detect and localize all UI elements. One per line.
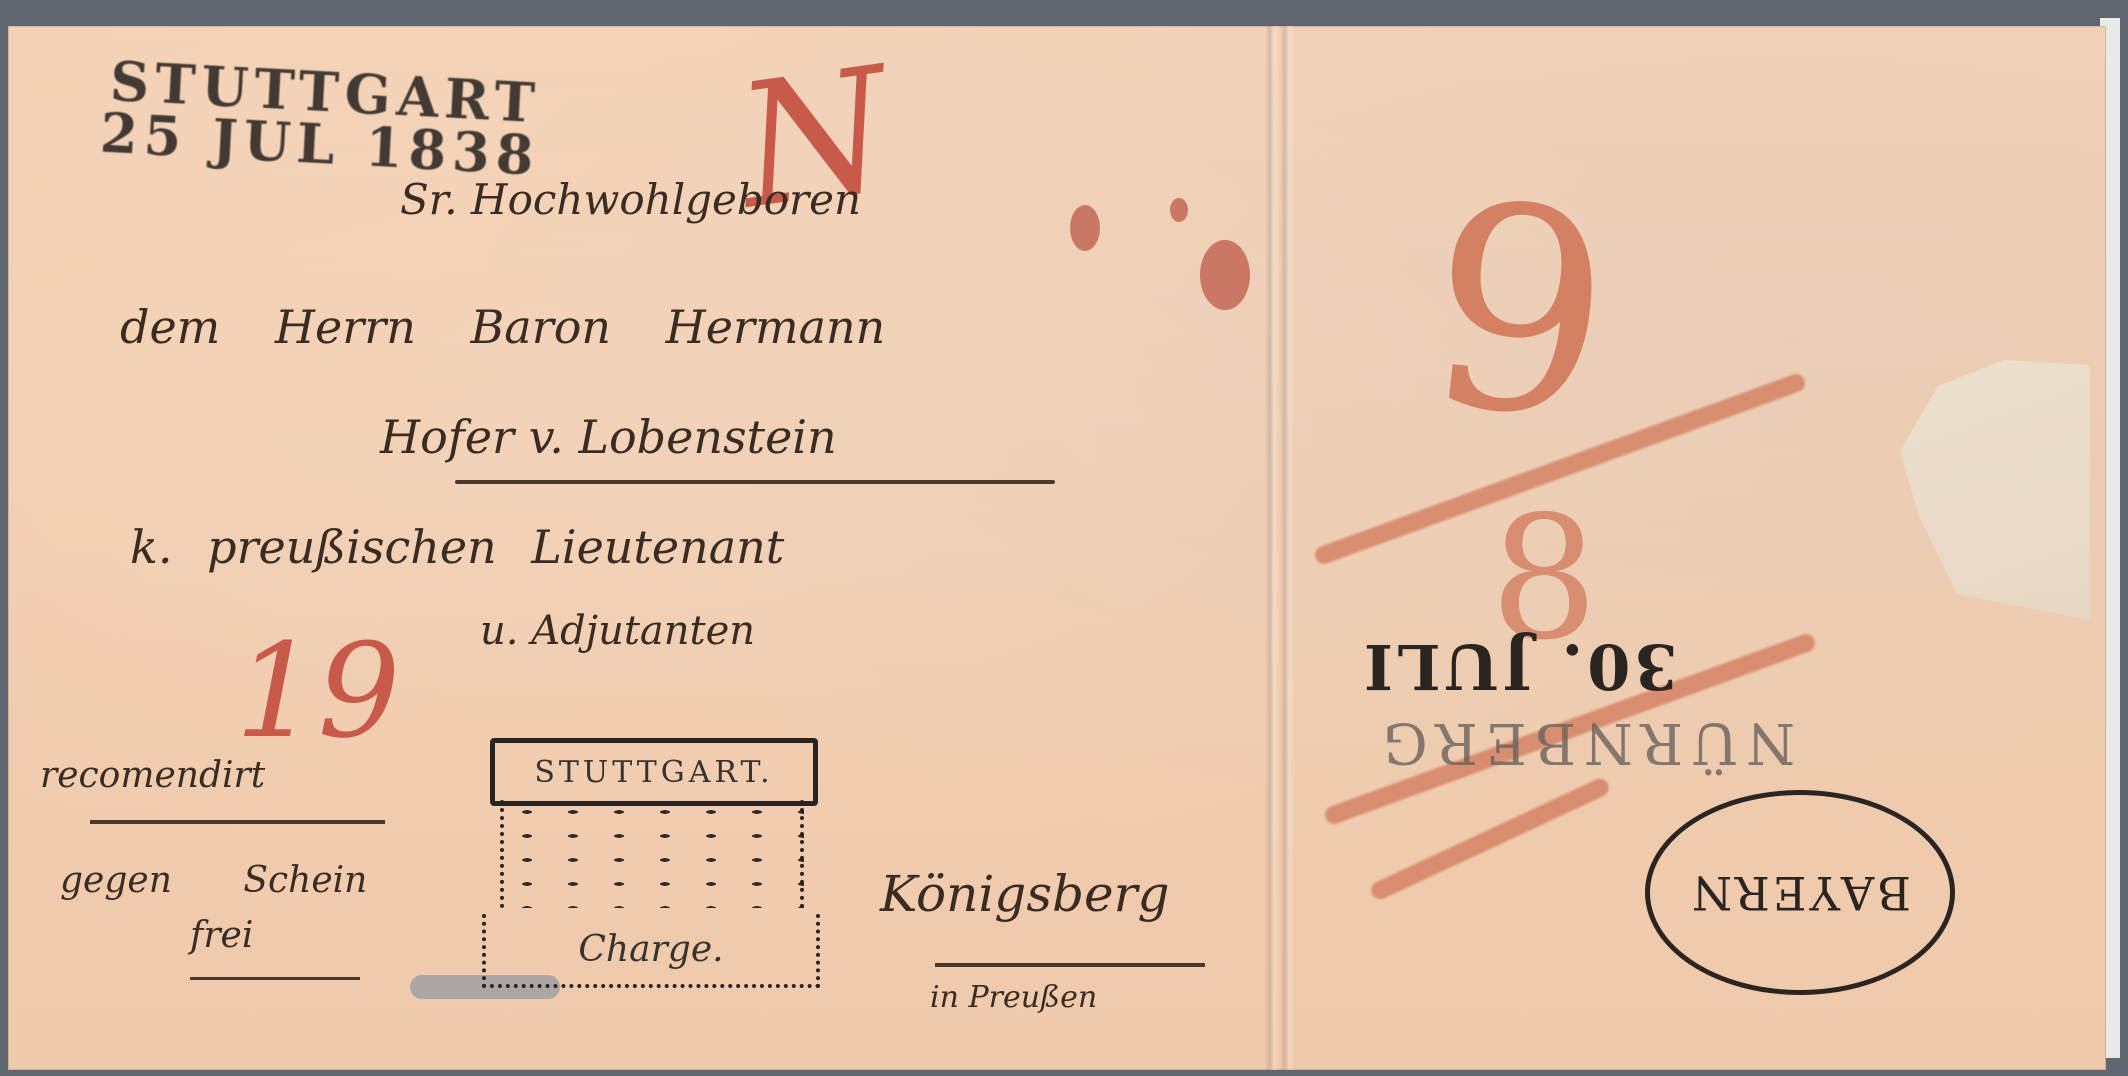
receipt-endorsement: gegen Schein [60,860,367,901]
charge-box-pattern [500,800,804,908]
free-endorsement: frei [190,915,253,956]
address-line-5: u. Adjutanten [480,608,755,654]
crayon-rate-9: 9 [1413,142,1624,485]
address-line-4: k. preußischen Lieutenant [130,520,784,574]
registered-endorsement: recomendirt [40,755,265,796]
charge-box-header: STUTTGART. [490,738,818,806]
address-line-1: Sr. Hochwohlgeboren [400,175,861,224]
red-wax-spot [1170,198,1188,222]
red-wax-spot [1070,205,1100,251]
destination-city: Königsberg [880,865,1169,923]
bayern-oval-text: BAYERN [1689,866,1911,920]
fold-line [1280,26,1294,1070]
arrival-postmark-town: NÜRNBERG [1375,710,1795,775]
destination-region: in Preußen [930,980,1097,1015]
underline [935,963,1205,967]
underline [190,977,360,980]
address-line-2: dem Herrn Baron Hermann [120,300,885,354]
address-line-3: Hofer v. Lobenstein [380,410,837,464]
red-wax-spot [1200,240,1250,310]
underline [90,820,385,824]
arrival-postmark-date: 30. JULI [1360,630,1677,703]
bayern-oval-postmark: BAYERN [1645,790,1955,995]
charge-box-label: Charge. [482,914,820,988]
red-ink-rate-19: 19 [235,615,400,767]
underline [455,480,1055,484]
charge-box-handstamp: STUTTGART. Charge. [482,738,812,1018]
fold-line [1265,26,1279,1070]
